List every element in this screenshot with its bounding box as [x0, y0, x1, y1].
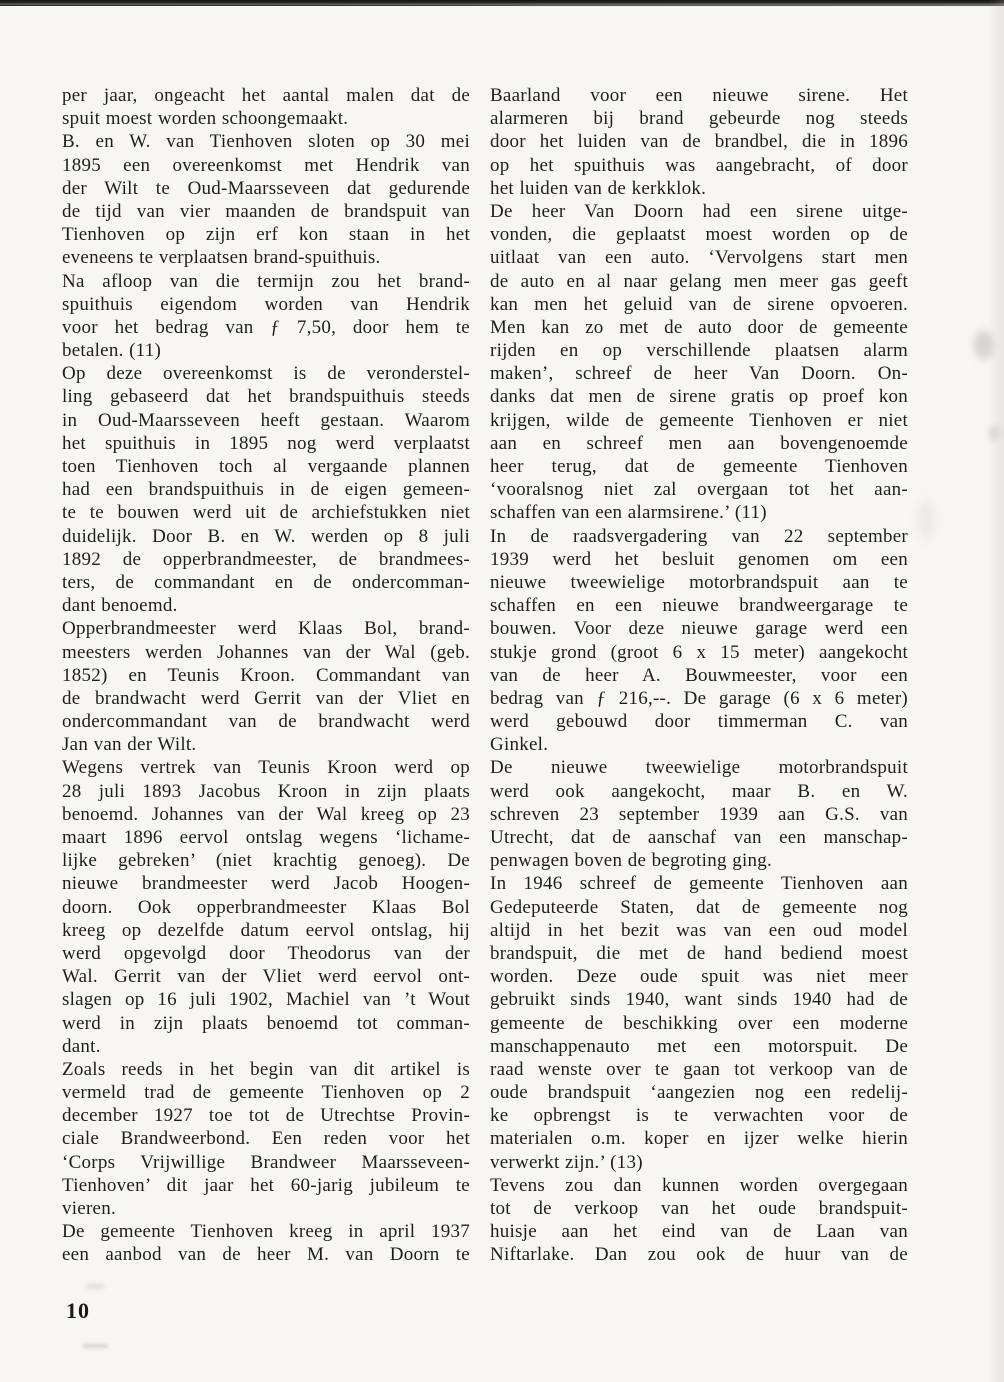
text-line: Na afloop van die termijn zou het brand-: [62, 270, 470, 293]
text-line: doorn. Ook opperbrandmeester Klaas Bol: [62, 896, 470, 919]
text-line: benoemd. Johannes van der Wal kreeg op 2…: [62, 803, 470, 826]
text-line: nieuwe brandmeester werd Jacob Hoogen-: [62, 872, 470, 895]
text-line: december 1927 toe tot de Utrechtse Provi…: [62, 1104, 470, 1127]
scan-artifact: [974, 330, 994, 360]
text-line: danks dat men de sirene gratis op proef …: [490, 385, 908, 408]
text-line: kreeg op dezelfde datum eervol ontslag, …: [62, 919, 470, 942]
text-line: 1892 de opperbrandmeester, de brandmees-: [62, 548, 470, 571]
text-line: oude brandspuit ‘aangezien nog een redel…: [490, 1081, 908, 1104]
text-line: der Wilt te Oud-Maarsseveen dat gedurend…: [62, 177, 470, 200]
text-column-left: per jaar, ongeacht het aantal malen dat …: [62, 84, 470, 1267]
text-line: in Oud-Maarsseveen heeft gestaan. Waarom: [62, 409, 470, 432]
text-line: kan men het geluid van de sirene opvoere…: [490, 293, 908, 316]
text-line: ‘vooralsnog niet zal overgaan tot het aa…: [490, 478, 908, 501]
text-line: bouwen. Voor deze nieuwe garage werd een: [490, 617, 908, 640]
text-line: raad wenste over te gaan tot verkoop van…: [490, 1058, 908, 1081]
text-line: gebruikt sinds 1940, want sinds 1940 had…: [490, 988, 908, 1011]
text-line: ‘Corps Vrijwillige Brandweer Maarsseveen…: [62, 1151, 470, 1174]
text-line: dant.: [62, 1035, 470, 1058]
scan-top-edge: [0, 0, 1004, 6]
scan-artifact: [86, 1284, 104, 1289]
text-line: gemeente de beschikking over een moderne: [490, 1012, 908, 1035]
text-line: bedrag van ƒ 216,--. De garage (6 x 6 me…: [490, 687, 908, 710]
text-line: altijd in het bezit was van een oud mode…: [490, 919, 908, 942]
text-line: de auto en al naar gelang men meer gas g…: [490, 270, 908, 293]
text-line: werd opgevolgd door Theodorus van der: [62, 942, 470, 965]
text-line: eveneens te verplaatsen brand-spuithuis.: [62, 246, 470, 269]
text-line: Op deze overeenkomst is de veronderstel-: [62, 362, 470, 385]
text-line: het spuithuis in 1895 nog werd verplaats…: [62, 432, 470, 455]
text-line: werd in zijn plaats benoemd tot comman-: [62, 1012, 470, 1035]
text-line: schaffen en een nieuwe brandweergarage t…: [490, 594, 908, 617]
text-line: materialen o.m. koper en ijzer welke hie…: [490, 1127, 908, 1150]
text-line: uitlaat van een auto. ‘Vervolgens start …: [490, 246, 908, 269]
text-line: De heer Van Doorn had een sirene uitge-: [490, 200, 908, 223]
text-line: In de raadsvergadering van 22 september: [490, 525, 908, 548]
text-line: te te bouwen werd uit de archiefstukken …: [62, 501, 470, 524]
text-line: aan en schreef men aan bovengenoemde: [490, 432, 908, 455]
text-line: schreven 23 september 1939 aan G.S. van: [490, 803, 908, 826]
text-line: manschappenauto met een motorspuit. De: [490, 1035, 908, 1058]
text-line: 1939 werd het besluit genomen om een: [490, 548, 908, 571]
text-line: Tienhoven op zijn erf kon staan in het: [62, 223, 470, 246]
text-line: In 1946 schreef de gemeente Tienhoven aa…: [490, 872, 908, 895]
text-line: lijke gebreken’ (niet krachtig genoeg). …: [62, 849, 470, 872]
text-line: van de heer A. Bouwmeester, voor een: [490, 664, 908, 687]
text-line: alarmeren bij brand gebeurde nog steeds: [490, 107, 908, 130]
text-line: vonden, die geplaatst moest worden op de: [490, 223, 908, 246]
text-line: ling gebaseerd dat het brandspuithuis st…: [62, 385, 470, 408]
text-line: worden. Deze oude spuit was niet meer: [490, 965, 908, 988]
scan-right-edge-shade: [988, 0, 1004, 1382]
text-line: had een brandspuithuis in de eigen gemee…: [62, 478, 470, 501]
text-line: 1895 een overeenkomst met Hendrik van: [62, 154, 470, 177]
text-line: werd gebouwd door timmerman C. van: [490, 710, 908, 733]
text-line: De nieuwe tweewielige motorbrandspuit: [490, 756, 908, 779]
text-line: het luiden van de kerkklok.: [490, 177, 908, 200]
text-line: verwerkt zijn.’ (13): [490, 1151, 908, 1174]
text-line: stukje grond (groot 6 x 15 meter) aangek…: [490, 641, 908, 664]
page-number: 10: [66, 1298, 90, 1324]
scanned-page: per jaar, ongeacht het aantal malen dat …: [0, 0, 1004, 1382]
text-line: schaffen van een alarmsirene.’ (11): [490, 501, 908, 524]
text-line: Opperbrandmeester werd Klaas Bol, brand-: [62, 617, 470, 640]
text-line: werd ook aangekocht, maar B. en W.: [490, 780, 908, 803]
text-line: spuit moest worden schoongemaakt.: [62, 107, 470, 130]
text-line: heer terug, dat de gemeente Tienhoven: [490, 455, 908, 478]
text-line: de brandwacht werd Gerrit van der Vliet …: [62, 687, 470, 710]
text-line: maart 1896 eervol ontslag wegens ‘licham…: [62, 826, 470, 849]
text-line: Gedeputeerde Staten, dat de gemeente nog: [490, 896, 908, 919]
text-line: Men kan zo met de auto door de gemeente: [490, 316, 908, 339]
text-line: voor het bedrag van ƒ 7,50, door hem te: [62, 316, 470, 339]
text-line: ters, de commandant en de ondercomman-: [62, 571, 470, 594]
text-column-right: Baarland voor een nieuwe sirene. Hetalar…: [490, 84, 908, 1267]
article-body: per jaar, ongeacht het aantal malen dat …: [62, 84, 908, 1267]
text-line: huisje aan het eind van de Laan van: [490, 1220, 908, 1243]
text-line: meesters werden Johannes van der Wal (ge…: [62, 641, 470, 664]
text-line: een aanbod van de heer M. van Doorn te: [62, 1243, 470, 1266]
text-line: 1852) en Teunis Kroon. Commandant van: [62, 664, 470, 687]
text-line: Ginkel.: [490, 733, 908, 756]
text-line: Zoals reeds in het begin van dit artikel…: [62, 1058, 470, 1081]
text-line: rijden en op verschillende plaatsen alar…: [490, 339, 908, 362]
text-line: B. en W. van Tienhoven sloten op 30 mei: [62, 130, 470, 153]
text-line: door het luiden van de brandbel, die in …: [490, 130, 908, 153]
text-line: maken’, schreef de heer Van Doorn. On-: [490, 362, 908, 385]
text-line: Utrecht, dat de aanschaf van een manscha…: [490, 826, 908, 849]
text-line: betalen. (11): [62, 339, 470, 362]
scan-artifact: [82, 1344, 108, 1348]
text-line: duidelijk. Door B. en W. werden op 8 jul…: [62, 525, 470, 548]
text-line: penwagen boven de begroting ging.: [490, 849, 908, 872]
text-line: Tienhoven’ dit jaar het 60-jarig jubileu…: [62, 1174, 470, 1197]
text-line: spuithuis eigendom worden van Hendrik: [62, 293, 470, 316]
text-line: ciale Brandweerbond. Een reden voor het: [62, 1127, 470, 1150]
text-line: Wal. Gerrit van der Vliet werd eervol on…: [62, 965, 470, 988]
text-line: Wegens vertrek van Teunis Kroon werd op: [62, 756, 470, 779]
text-line: toen Tienhoven toch al vergaande plannen: [62, 455, 470, 478]
text-line: vermeld trad de gemeente Tienhoven op 2: [62, 1081, 470, 1104]
text-line: tot de verkoop van het oude brandspuit-: [490, 1197, 908, 1220]
text-line: nieuwe tweewielige motorbrandspuit aan t…: [490, 571, 908, 594]
text-line: Tevens zou dan kunnen worden overgegaan: [490, 1174, 908, 1197]
text-line: op het spuithuis was aangebracht, of doo…: [490, 154, 908, 177]
text-line: 28 juli 1893 Jacobus Kroon in zijn plaat…: [62, 780, 470, 803]
text-line: vieren.: [62, 1197, 470, 1220]
text-line: Baarland voor een nieuwe sirene. Het: [490, 84, 908, 107]
text-line: De gemeente Tienhoven kreeg in april 193…: [62, 1220, 470, 1243]
text-line: krijgen, wilde de gemeente Tienhoven er …: [490, 409, 908, 432]
scan-artifact: [918, 500, 934, 540]
text-line: ondercommandant van de brandwacht werd: [62, 710, 470, 733]
text-line: Jan van der Wilt.: [62, 733, 470, 756]
text-line: slagen op 16 juli 1902, Machiel van ’t W…: [62, 988, 470, 1011]
text-line: brandspuit, die met de hand bediend moes…: [490, 942, 908, 965]
text-line: per jaar, ongeacht het aantal malen dat …: [62, 84, 470, 107]
text-line: dant benoemd.: [62, 594, 470, 617]
text-line: ke opbrengst is te verwachten voor de: [490, 1104, 908, 1127]
scan-artifact: [988, 425, 1000, 441]
text-line: Niftarlake. Dan zou ook de huur van de: [490, 1243, 908, 1266]
text-line: de tijd van vier maanden de brandspuit v…: [62, 200, 470, 223]
